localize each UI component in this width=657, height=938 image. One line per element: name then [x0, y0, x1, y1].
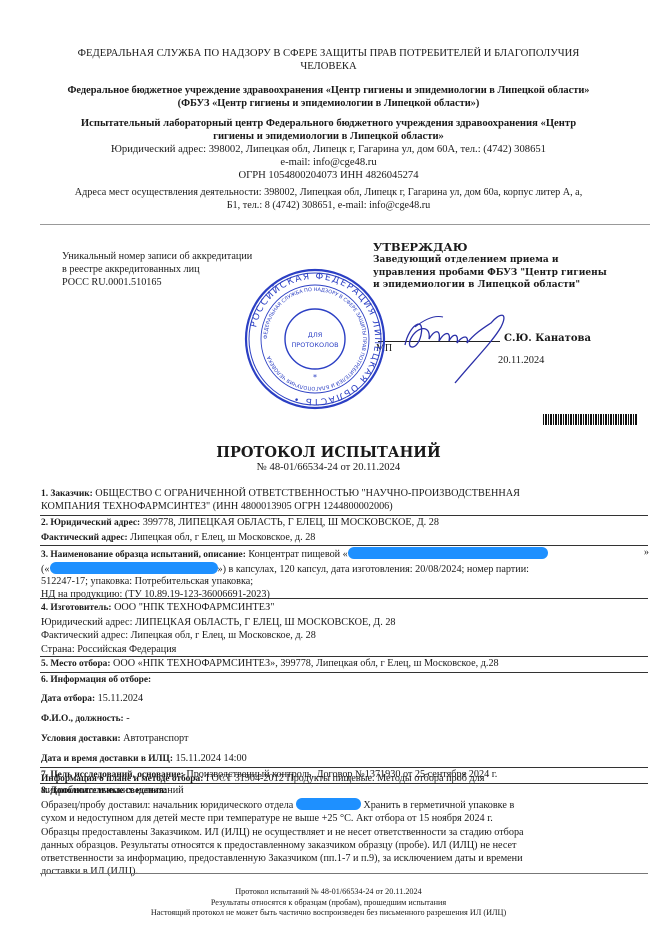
fact-address-value: Липецкая обл, г Елец, ш Московское, д. 2…: [128, 532, 316, 543]
section-legal-address: 2. Юридический адрес: 399778, ЛИПЕЦКАЯ О…: [41, 517, 649, 544]
divider: [40, 545, 648, 546]
protocol-number: № 48-01/66534-24 от 20.11.2024: [0, 462, 657, 473]
section-sample: 3. Наименование образца испытаний, описа…: [41, 547, 649, 601]
sample-quote-open: («: [41, 564, 50, 575]
lab-email: e-mail: info@cge48.ru: [0, 156, 657, 169]
manufacturer-value: ООО "НПК ТЕХНОФАРМСИНТЕЗ": [112, 602, 275, 613]
page-footer: Протокол испытаний № 48-01/66534-24 от 2…: [0, 887, 657, 919]
fact-address-label: Фактический адрес:: [41, 533, 128, 543]
sampling-date-value: 15.11.2024: [95, 693, 143, 704]
manufacturer-label: 4. Изготовитель:: [41, 603, 112, 613]
section-sampling-place: 5. Место отбора: ООО «НПК ТЕХНОФАРМСИНТЕ…: [41, 658, 649, 671]
purpose-label: 7. Цель исследований, основание:: [41, 770, 184, 780]
additional-info-line5: ответственности за информацию, предостав…: [41, 852, 649, 865]
sampling-place-value: ООО «НПК ТЕХНОФАРМСИНТЕЗ», 399778, Липец…: [111, 658, 499, 669]
approval-position-line2: управления пробами ФБУЗ "Центр гигиены: [373, 267, 607, 280]
redacted-person-name: [296, 798, 361, 810]
customer-name-line2: КОМПАНИЯ ТЕХНОФАРМСИНТЕЗ" (ИНН 480001390…: [41, 501, 649, 514]
sample-batch-packaging: 512247-17; упаковка: Потребительская упа…: [41, 576, 649, 589]
additional-info-line6: доставки в ИЛ (ИЛЦ).: [41, 865, 649, 878]
activity-address: Адреса мест осуществления деятельности: …: [0, 186, 657, 212]
sample-text: Концентрат пищевой «: [246, 549, 348, 560]
delivery-conditions-label: Условия доставки:: [41, 734, 121, 744]
manufacturer-legal-address: Юридический адрес: ЛИПЕЦКАЯ ОБЛАСТЬ, Г Е…: [41, 616, 649, 630]
protocol-title: ПРОТОКОЛ ИСПЫТАНИЙ: [0, 444, 657, 461]
sampling-info-label: 6. Информация об отборе:: [41, 674, 649, 686]
svg-text:ДЛЯ: ДЛЯ: [308, 331, 322, 339]
additional-info-line2: сухом и недоступном для детей месте при …: [41, 812, 649, 825]
divider: [40, 515, 648, 516]
lab-line1: Испытательный лабораторный центр Федерал…: [0, 117, 657, 130]
sample-label: 3. Наименование образца испытаний, описа…: [41, 550, 246, 560]
ogrn-inn: ОГРН 1054800204073 ИНН 4826045274: [0, 169, 657, 182]
accreditation-line2: в реестре аккредитованных лиц: [62, 263, 252, 276]
legal-address: Юридический адрес: 398002, Липецкая обл,…: [0, 143, 657, 156]
sampling-date-label: Дата отбора:: [41, 694, 95, 704]
stamp-icon: РОССИЙСКАЯ ФЕДЕРАЦИЯ ЛИПЕЦКАЯ ОБЛАСТЬ • …: [244, 268, 386, 410]
institution-line2: (ФБУЗ «Центр гигиены и эпидемиологии в Л…: [0, 97, 657, 110]
legal-address-label: 2. Юридический адрес:: [41, 518, 140, 528]
accreditation-block: Уникальный номер записи об аккредитации …: [62, 250, 252, 289]
approval-block: УТВЕРЖДАЮ Заведующий отделением приема и…: [373, 240, 607, 292]
divider: [40, 767, 648, 768]
agency-line1: ФЕДЕРАЛЬНАЯ СЛУЖБА ПО НАДЗОРУ В СФЕРЕ ЗА…: [0, 47, 657, 60]
additional-info-line4: данных образцов. Результаты относятся к …: [41, 839, 649, 852]
legal-address-value: 399778, ЛИПЕЦКАЯ ОБЛАСТЬ, Г ЕЛЕЦ, Ш МОСК…: [140, 517, 439, 528]
signature-icon: [395, 305, 525, 385]
sample-quote-close: »: [644, 547, 649, 560]
approval-date: 20.11.2024: [498, 355, 544, 366]
redacted-product-alt-name: [50, 562, 218, 574]
svg-text:*: *: [313, 373, 317, 382]
divider: [40, 598, 648, 599]
signer-name: С.Ю. Канатова: [504, 333, 591, 344]
footer-line2: Результаты относятся к образцам (пробам)…: [0, 898, 657, 909]
fio-value: -: [124, 713, 130, 724]
redacted-product-name: [348, 547, 548, 559]
sampling-place-label: 5. Место отбора:: [41, 659, 111, 669]
section-additional-info: 8. Дополнительные сведения: Образец/проб…: [41, 785, 649, 878]
delivery-datetime-value: 15.11.2024 14:00: [173, 753, 247, 764]
header-divider: [40, 224, 650, 225]
approval-position-line3: и эпидемиологии в Липецкой области": [373, 279, 607, 292]
storage-text: Хранить в герметичной упаковке в: [361, 800, 514, 811]
additional-info-label: 8. Дополнительные сведения:: [41, 785, 649, 798]
fio-label: Ф.И.О., должность:: [41, 714, 124, 724]
manufacturer-country: Страна: Российская Федерация: [41, 643, 649, 657]
manufacturer-fact-address: Фактический адрес: Липецкая обл, г Елец,…: [41, 629, 649, 643]
svg-text:ПРОТОКОЛОВ: ПРОТОКОЛОВ: [291, 341, 338, 349]
accreditation-line1: Уникальный номер записи об аккредитации: [62, 250, 252, 263]
section-manufacturer: 4. Изготовитель: ООО "НПК ТЕХНОФАРМСИНТЕ…: [41, 601, 649, 656]
delivery-datetime-label: Дата и время доставки в ИЛЦ:: [41, 754, 173, 764]
approval-title: УТВЕРЖДАЮ: [373, 240, 607, 254]
accreditation-number: РОСС RU.0001.510165: [62, 276, 252, 289]
sample-details: ») в капсулах, 120 капсул, дата изготовл…: [218, 564, 530, 575]
lab-line2: гигиены и эпидемиологии в Липецкой облас…: [0, 130, 657, 143]
purpose-value: Производственный контроль, Договор №1371…: [184, 769, 498, 780]
additional-info-line3: Образцы предоставлены Заказчиком. ИЛ (ИЛ…: [41, 826, 649, 839]
approval-position-line1: Заведующий отделением приема и: [373, 254, 607, 267]
sample-nd: НД на продукцию: (ТУ 10.89.19-123-360066…: [41, 589, 649, 602]
barcode: [543, 414, 638, 425]
customer-name-line1: ОБЩЕСТВО С ОГРАНИЧЕННОЙ ОТВЕТСТВЕННОСТЬЮ…: [93, 488, 520, 499]
delivered-by-text: Образец/пробу доставил: начальник юридич…: [41, 800, 296, 811]
institution-header: Федеральное бюджетное учреждение здравоо…: [0, 84, 657, 110]
footer-line1: Протокол испытаний № 48-01/66534-24 от 2…: [0, 887, 657, 898]
customer-label: 1. Заказчик:: [41, 489, 93, 499]
footer-line3: Настоящий протокол не может быть частичн…: [0, 908, 657, 919]
divider: [40, 873, 648, 874]
divider: [40, 656, 648, 657]
activity-address-line1: Адреса мест осуществления деятельности: …: [0, 186, 657, 199]
divider: [40, 672, 648, 673]
delivery-conditions-value: Автотранспорт: [121, 733, 189, 744]
lab-header: Испытательный лабораторный центр Федерал…: [0, 117, 657, 182]
agency-header: ФЕДЕРАЛЬНАЯ СЛУЖБА ПО НАДЗОРУ В СФЕРЕ ЗА…: [0, 47, 657, 73]
agency-line2: ЧЕЛОВЕКА: [0, 60, 657, 73]
divider: [40, 783, 648, 784]
activity-address-line2: Б1, тел.: 8 (4742) 308651, e-mail: info@…: [0, 199, 657, 212]
section-customer: 1. Заказчик: ОБЩЕСТВО С ОГРАНИЧЕННОЙ ОТВ…: [41, 488, 649, 513]
institution-line1: Федеральное бюджетное учреждение здравоо…: [0, 84, 657, 97]
section-purpose: 7. Цель исследований, основание: Произво…: [41, 769, 649, 782]
